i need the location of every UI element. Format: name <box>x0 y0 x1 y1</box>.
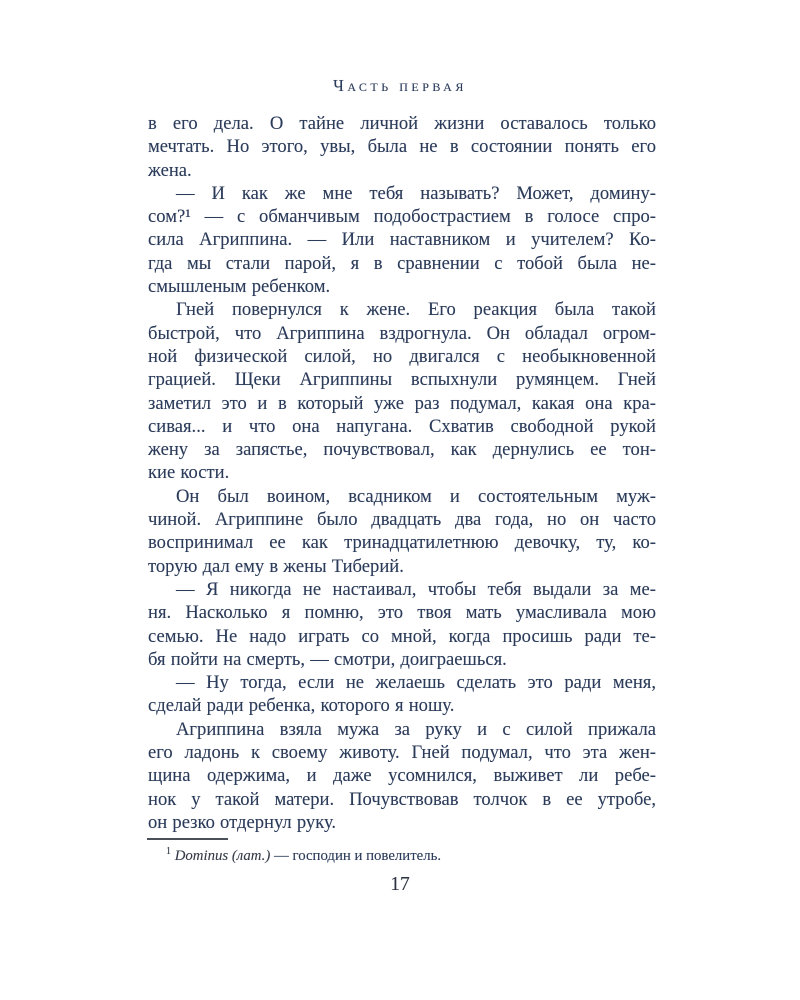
text-line: щина одержима, и даже усомнился, выживет… <box>148 764 656 787</box>
text-line: гда мы стали парой, я в сравнении с тобо… <box>148 252 656 275</box>
footnote: 1 Dominus (лат.) — господин и повелитель… <box>148 847 656 866</box>
text-line: заметил это и в который уже раз подумал,… <box>148 392 656 415</box>
text-line: кие кости. <box>148 461 656 484</box>
text-line: сила Агриппина. — Или наставником и учит… <box>148 228 656 251</box>
text-line: жену за запястье, почувствовал, как дерн… <box>148 438 656 461</box>
footnote-term: Dominus (лат.) <box>175 848 271 864</box>
text-line: воспринимал ее как тринадцатилетнюю дево… <box>148 531 656 554</box>
text-line: торую дал ему в жены Тиберий. <box>148 555 656 578</box>
text-line: — Я никогда не настаивал, чтобы тебя выд… <box>148 578 656 601</box>
text-line: Он был воином, всадником и состоятельным… <box>148 485 656 508</box>
text-line: чиной. Агриппине было двадцать два года,… <box>148 508 656 531</box>
text-line: Агриппина взяла мужа за руку и с силой п… <box>148 718 656 741</box>
text-line: в его дела. О тайне личной жизни оставал… <box>148 112 656 135</box>
text-line: его ладонь к своему животу. Гней подумал… <box>148 741 656 764</box>
text-line: ня. Насколько я помню, это твоя мать ума… <box>148 601 656 624</box>
body-text: в его дела. О тайне личной жизни оставал… <box>148 112 656 834</box>
text-line: он резко отдернул руку. <box>148 811 656 834</box>
text-line: быстрой, что Агриппина вздрогнула. Он об… <box>148 322 656 345</box>
text-line: — Ну тогда, если не желаешь сделать это … <box>148 671 656 694</box>
text-line: мечтать. Но этого, увы, была не в состоя… <box>148 135 656 158</box>
text-line: — И как же мне тебя называть? Может, дом… <box>148 182 656 205</box>
text-line: грацией. Щеки Агриппины вспыхнули румянц… <box>148 368 656 391</box>
text-line: бя пойти на смерть, — смотри, доиграешьс… <box>148 648 656 671</box>
footnote-divider <box>147 838 228 840</box>
text-line: сом?¹ — с обманчивым подобострастием в г… <box>148 205 656 228</box>
text-line: сивая... и что она напугана. Схватив сво… <box>148 415 656 438</box>
footnote-marker: 1 <box>166 846 171 857</box>
footnote-definition: — господин и повелитель. <box>270 848 441 864</box>
text-line: нок у такой матери. Почувствовав толчок … <box>148 788 656 811</box>
text-line: сделай ради ребенка, которого я ношу. <box>148 694 656 717</box>
book-page: Часть первая в его дела. О тайне личной … <box>0 0 800 1000</box>
text-line: смышленым ребенком. <box>148 275 656 298</box>
text-line: жена. <box>148 159 656 182</box>
text-line: семью. Не надо играть со мной, когда про… <box>148 625 656 648</box>
page-number: 17 <box>0 874 800 896</box>
text-line: ной физической силой, но двигался с необ… <box>148 345 656 368</box>
running-header: Часть первая <box>0 76 800 96</box>
text-line: Гней повернулся к жене. Его реакция была… <box>148 298 656 321</box>
